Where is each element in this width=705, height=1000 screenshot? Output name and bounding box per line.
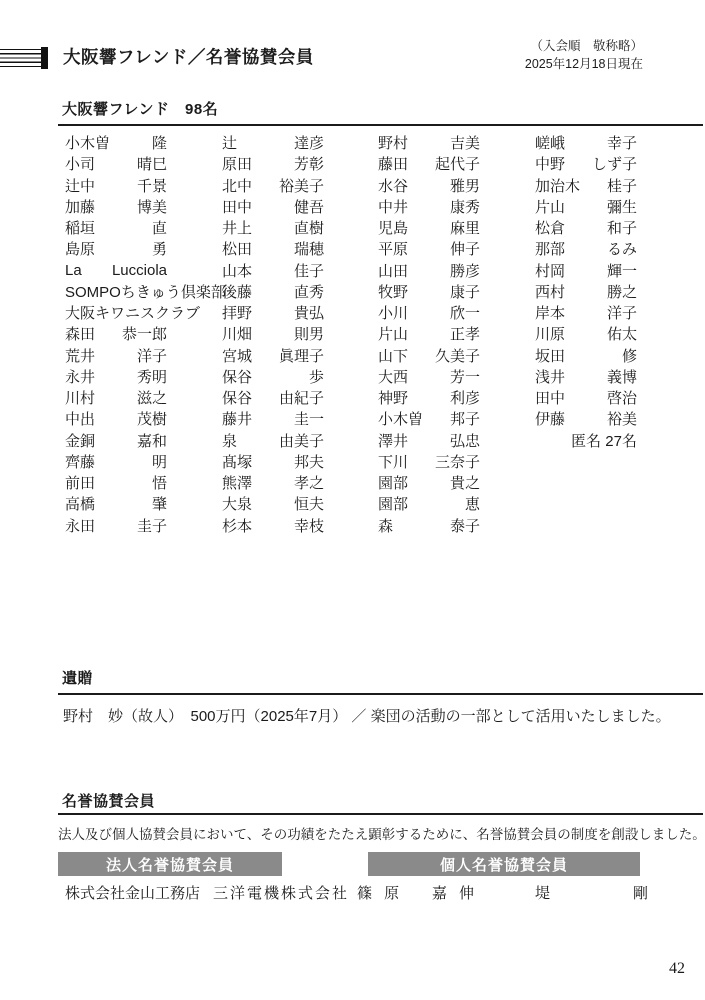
member-name: 加治木 桂子 xyxy=(535,175,637,196)
member-name: 宮城 眞理子 xyxy=(222,345,324,366)
member-name: 澤井 弘忠 xyxy=(378,430,480,451)
member-name: 齊藤 明 xyxy=(65,451,167,472)
name-column-3: 野村 吉美 藤田 起代子 水谷 雅男 中井 康秀 xyxy=(378,132,490,536)
surname: 児島 xyxy=(378,217,408,238)
member-name: 後藤 直秀 xyxy=(222,281,324,302)
member-name: 森田 恭一郎 xyxy=(65,323,167,344)
member-name: 北中 裕美子 xyxy=(222,175,324,196)
given-name: 匿名 27名 xyxy=(571,430,637,451)
surname: 小木曽 xyxy=(65,132,110,153)
given-name: 直秀 xyxy=(294,281,324,302)
section-divider xyxy=(58,813,703,815)
given-name: 明 xyxy=(152,451,167,472)
given-name: 圭一 xyxy=(294,408,324,429)
surname: 拝野 xyxy=(222,302,252,323)
surname: 高橋 xyxy=(65,493,95,514)
member-name: 拝野 貴弘 xyxy=(222,302,324,323)
given-name: 康子 xyxy=(450,281,480,302)
member-name: 水谷 雅男 xyxy=(378,175,480,196)
surname: 杉本 xyxy=(222,515,252,536)
surname: 髙塚 xyxy=(222,451,252,472)
surname: 宮城 xyxy=(222,345,252,366)
member-name: 園部 貴之 xyxy=(378,472,480,493)
surname: 水谷 xyxy=(378,175,408,196)
given-name: 晴巳 xyxy=(137,153,167,174)
given-name: 利彦 xyxy=(450,387,480,408)
member-name: 川村 滋之 xyxy=(65,387,167,408)
bequest-body-text: 野村 妙（故人） 500万円（2025年7月） ／ 楽団の活動の一部として活用い… xyxy=(63,705,671,726)
given-name: 勝之 xyxy=(607,281,637,302)
surname: 山田 xyxy=(378,260,408,281)
surname: 井上 xyxy=(222,217,252,238)
member-name: 藤井 圭一 xyxy=(222,408,324,429)
given-name: 佳子 xyxy=(294,260,324,281)
member-name: 川畑 則男 xyxy=(222,323,324,344)
given-name: 恭一郎 xyxy=(122,323,167,344)
given-name: 裕美子 xyxy=(279,175,324,196)
member-name: 熊澤 孝之 xyxy=(222,472,324,493)
given-name: 恒夫 xyxy=(294,493,324,514)
surname: 嵯峨 xyxy=(535,132,565,153)
surname: 大阪キワニスクラブ xyxy=(65,302,200,323)
surname: 小川 xyxy=(378,302,408,323)
surname: 中野 xyxy=(535,153,565,174)
music-staff-barline xyxy=(41,47,48,69)
member-name: 稲垣 直 xyxy=(65,217,167,238)
given-name: 圭子 xyxy=(137,515,167,536)
surname: 坂田 xyxy=(535,345,565,366)
surname: 片山 xyxy=(378,323,408,344)
surname: SOMPOちきゅう倶楽部 xyxy=(65,281,226,302)
surname: 園部 xyxy=(378,472,408,493)
member-name: 下川 三奈子 xyxy=(378,451,480,472)
given-name: 悟 xyxy=(152,472,167,493)
member-name: 片山 正孝 xyxy=(378,323,480,344)
given-name: 則男 xyxy=(294,323,324,344)
name-column-2: 辻 達彦 原田 芳彰 北中 裕美子 田中 健吾 xyxy=(222,132,334,536)
given-name: 芳一 xyxy=(450,366,480,387)
member-name: 村岡 輝一 xyxy=(535,260,637,281)
surname: 川村 xyxy=(65,387,95,408)
given-name: 幸枝 xyxy=(294,515,324,536)
surname: 西村 xyxy=(535,281,565,302)
surname: 荒井 xyxy=(65,345,95,366)
member-name: La Lucciola xyxy=(65,260,167,281)
given-name: 幸子 xyxy=(607,132,637,153)
member-name: 野村 吉美 xyxy=(378,132,480,153)
given-name: 歩 xyxy=(309,366,324,387)
member-name: 田中 啓治 xyxy=(535,387,637,408)
given-name: Lucciola xyxy=(112,262,167,279)
member-name: 児島 麻里 xyxy=(378,217,480,238)
member-name: 中野 しず子 xyxy=(535,153,637,174)
member-name: 金銅 嘉和 xyxy=(65,430,167,451)
given-name: 茂樹 xyxy=(137,408,167,429)
friends-name-grid: 小木曽 隆 小司 晴巳 辻中 千景 加藤 博美 xyxy=(65,132,665,542)
surname: 川原 xyxy=(535,323,565,344)
given-name: 邦子 xyxy=(450,408,480,429)
surname: 浅井 xyxy=(535,366,565,387)
given-name: 泰子 xyxy=(450,515,480,536)
given-name: 輝一 xyxy=(607,260,637,281)
surname: 加藤 xyxy=(65,196,95,217)
surname: 牧野 xyxy=(378,281,408,302)
surname: 北中 xyxy=(222,175,252,196)
given-name: るみ xyxy=(607,238,637,259)
given-name: しず子 xyxy=(592,153,637,174)
section-divider xyxy=(58,124,703,126)
surname: 金銅 xyxy=(65,430,95,451)
given-name: 彌生 xyxy=(607,196,637,217)
honorary-section-title: 名誉協賛会員 xyxy=(62,790,155,811)
given-name: 直 xyxy=(152,217,167,238)
member-name: 辻中 千景 xyxy=(65,175,167,196)
given-name: 弘忠 xyxy=(450,430,480,451)
surname: 永田 xyxy=(65,515,95,536)
given-name: 貴之 xyxy=(450,472,480,493)
member-name: 保谷 由紀子 xyxy=(222,387,324,408)
member-name: 松田 瑞穂 xyxy=(222,238,324,259)
surname: 中出 xyxy=(65,408,95,429)
member-name: 神野 利彦 xyxy=(378,387,480,408)
given-name: 勇 xyxy=(152,238,167,259)
surname: 藤田 xyxy=(378,153,408,174)
surname: 下川 xyxy=(378,451,408,472)
as-of-date: 2025年12月18日現在 xyxy=(525,56,643,74)
member-name: 島原 勇 xyxy=(65,238,167,259)
member-name: 田中 健吾 xyxy=(222,196,324,217)
honorary-description: 法人及び個人協賛会員において、その功績をたたえ顕彰するために、名誉協賛会員の制度… xyxy=(58,823,705,843)
surname: 保谷 xyxy=(222,387,252,408)
given-name: 瑞穂 xyxy=(294,238,324,259)
name-column-1: 小木曽 隆 小司 晴巳 辻中 千景 加藤 博美 xyxy=(65,132,177,536)
friends-section-title: 大阪響フレンド 98名 xyxy=(62,98,218,119)
surname: 熊澤 xyxy=(222,472,252,493)
surname: 森 xyxy=(378,515,393,536)
page-title: 大阪響フレンド／名誉協賛会員 xyxy=(63,44,314,69)
member-name: 山本 佳子 xyxy=(222,260,324,281)
member-name: 藤田 起代子 xyxy=(378,153,480,174)
given-name: 眞理子 xyxy=(279,345,324,366)
member-name: 小司 晴巳 xyxy=(65,153,167,174)
given-name: 隆 xyxy=(152,132,167,153)
member-name: 髙塚 邦夫 xyxy=(222,451,324,472)
member-name: 浅井 義博 xyxy=(535,366,637,387)
surname: 辻中 xyxy=(65,175,95,196)
given-name: 健吾 xyxy=(294,196,324,217)
member-name: 西村 勝之 xyxy=(535,281,637,302)
member-name: 森 泰子 xyxy=(378,515,480,536)
given-name: 達彦 xyxy=(294,132,324,153)
member-name: 平原 伸子 xyxy=(378,238,480,259)
given-name: 啓治 xyxy=(607,387,637,408)
given-name: 由美子 xyxy=(279,430,324,451)
given-name: 肇 xyxy=(152,493,167,514)
member-name: 那部 るみ xyxy=(535,238,637,259)
given-name: 芳彰 xyxy=(294,153,324,174)
member-name: 伊藤 裕美 xyxy=(535,408,637,429)
member-name: 永井 秀明 xyxy=(65,366,167,387)
given-name: 洋子 xyxy=(137,345,167,366)
surname: 堤 xyxy=(535,882,554,903)
surname: 片山 xyxy=(535,196,565,217)
program-page: 大阪響フレンド／名誉協賛会員 （入会順 敬称略） 2025年12月18日現在 大… xyxy=(0,0,705,1000)
member-name: 原田 芳彰 xyxy=(222,153,324,174)
member-name: 園部 恵 xyxy=(378,493,480,514)
member-name: 井上 直樹 xyxy=(222,217,324,238)
member-name: 永田 圭子 xyxy=(65,515,167,536)
given-name: 直樹 xyxy=(294,217,324,238)
given-name: 義博 xyxy=(607,366,637,387)
surname: 岸本 xyxy=(535,302,565,323)
member-name: 泉 由美子 xyxy=(222,430,324,451)
member-name: 杉本 幸枝 xyxy=(222,515,324,536)
member-name: 小川 欣一 xyxy=(378,302,480,323)
name-column-4: 嵯峨 幸子 中野 しず子 加治木 桂子 片山 彌生 xyxy=(535,132,647,451)
member-name: 中井 康秀 xyxy=(378,196,480,217)
member-name: 小木曽 隆 xyxy=(65,132,167,153)
given-name: 貴弘 xyxy=(294,302,324,323)
corporate-members-row: 株式会社金山工務店 三洋電機株式会社 xyxy=(65,882,349,902)
given-name: 博美 xyxy=(137,196,167,217)
surname: 松倉 xyxy=(535,217,565,238)
surname: 園部 xyxy=(378,493,408,514)
given-name: 剛 xyxy=(633,882,652,903)
given-name: 邦夫 xyxy=(294,451,324,472)
member-name: 坂田 修 xyxy=(535,345,637,366)
surname: 川畑 xyxy=(222,323,252,344)
given-name: 雅男 xyxy=(450,175,480,196)
surname: 篠 原 xyxy=(357,882,403,903)
given-name: 久美子 xyxy=(435,345,480,366)
surname: 那部 xyxy=(535,238,565,259)
surname: 田中 xyxy=(222,196,252,217)
member-name: 前田 悟 xyxy=(65,472,167,493)
member-name: 大西 芳一 xyxy=(378,366,480,387)
given-name: 裕美 xyxy=(607,408,637,429)
surname: 島原 xyxy=(65,238,95,259)
member-name: SOMPOちきゅう倶楽部 xyxy=(65,281,167,302)
surname: 中井 xyxy=(378,196,408,217)
given-name: 康秀 xyxy=(450,196,480,217)
given-name: 孝之 xyxy=(294,472,324,493)
given-name: 麻里 xyxy=(450,217,480,238)
surname: 山本 xyxy=(222,260,252,281)
given-name: 洋子 xyxy=(607,302,637,323)
member-name: 嵯峨 幸子 xyxy=(535,132,637,153)
surname: 田中 xyxy=(535,387,565,408)
member-name: 岸本 洋子 xyxy=(535,302,637,323)
page-number: 42 xyxy=(669,960,685,978)
surname: 保谷 xyxy=(222,366,252,387)
individual-member-name: 篠 原 嘉 伸 xyxy=(357,882,478,902)
given-name: 伸子 xyxy=(450,238,480,259)
membership-order-note: （入会順 敬称略） xyxy=(525,38,643,56)
surname: 小木曽 xyxy=(378,408,423,429)
member-name: 辻 達彦 xyxy=(222,132,324,153)
surname: 村岡 xyxy=(535,260,565,281)
surname: 山下 xyxy=(378,345,408,366)
header-note: （入会順 敬称略） 2025年12月18日現在 xyxy=(525,38,643,73)
individual-member-name: 堤 剛 xyxy=(535,882,652,902)
given-name: 秀明 xyxy=(137,366,167,387)
corporate-member-name: 株式会社金山工務店 xyxy=(65,882,200,903)
member-name: 松倉 和子 xyxy=(535,217,637,238)
surname: 泉 xyxy=(222,430,237,451)
given-name: 由紀子 xyxy=(279,387,324,408)
surname: 野村 xyxy=(378,132,408,153)
surname: 辻 xyxy=(222,132,237,153)
given-name: 恵 xyxy=(465,493,480,514)
given-name: 吉美 xyxy=(450,132,480,153)
surname: 後藤 xyxy=(222,281,252,302)
given-name: 佑太 xyxy=(607,323,637,344)
corporate-honorary-banner: 法人名誉協賛会員 xyxy=(58,852,282,876)
surname: 永井 xyxy=(65,366,95,387)
given-name: 千景 xyxy=(137,175,167,196)
surname: 平原 xyxy=(378,238,408,259)
given-name: 勝彦 xyxy=(450,260,480,281)
section-divider xyxy=(58,693,703,695)
surname: 加治木 xyxy=(535,175,580,196)
surname: La xyxy=(65,262,82,279)
member-name: 山田 勝彦 xyxy=(378,260,480,281)
member-name: 高橋 肇 xyxy=(65,493,167,514)
member-name: 保谷 歩 xyxy=(222,366,324,387)
member-name: 大阪キワニスクラブ xyxy=(65,302,167,323)
member-name: 山下 久美子 xyxy=(378,345,480,366)
surname: 藤井 xyxy=(222,408,252,429)
given-name: 三奈子 xyxy=(435,451,480,472)
member-name: 片山 彌生 xyxy=(535,196,637,217)
member-name: 匿名 27名 xyxy=(535,430,637,451)
surname: 小司 xyxy=(65,153,95,174)
surname: 大西 xyxy=(378,366,408,387)
surname: 森田 xyxy=(65,323,95,344)
given-name: 嘉和 xyxy=(137,430,167,451)
surname: 伊藤 xyxy=(535,408,565,429)
given-name: 起代子 xyxy=(435,153,480,174)
given-name: 修 xyxy=(622,345,637,366)
given-name: 桂子 xyxy=(607,175,637,196)
surname: 稲垣 xyxy=(65,217,95,238)
member-name: 牧野 康子 xyxy=(378,281,480,302)
surname: 澤井 xyxy=(378,430,408,451)
given-name: 和子 xyxy=(607,217,637,238)
surname: 松田 xyxy=(222,238,252,259)
surname: 齊藤 xyxy=(65,451,95,472)
member-name: 加藤 博美 xyxy=(65,196,167,217)
surname: 前田 xyxy=(65,472,95,493)
surname: 神野 xyxy=(378,387,408,408)
member-name: 荒井 洋子 xyxy=(65,345,167,366)
member-name: 小木曽 邦子 xyxy=(378,408,480,429)
member-name: 川原 佑太 xyxy=(535,323,637,344)
music-staff-logo xyxy=(0,49,41,67)
corporate-member-name: 三洋電機株式会社 xyxy=(213,882,349,903)
given-name: 滋之 xyxy=(137,387,167,408)
individual-honorary-banner: 個人名誉協賛会員 xyxy=(368,852,640,876)
given-name: 嘉 伸 xyxy=(432,882,478,903)
bequest-section-title: 遺贈 xyxy=(62,667,93,688)
surname: 大泉 xyxy=(222,493,252,514)
member-name: 中出 茂樹 xyxy=(65,408,167,429)
surname: 原田 xyxy=(222,153,252,174)
member-name: 大泉 恒夫 xyxy=(222,493,324,514)
given-name: 正孝 xyxy=(450,323,480,344)
given-name: 欣一 xyxy=(450,302,480,323)
